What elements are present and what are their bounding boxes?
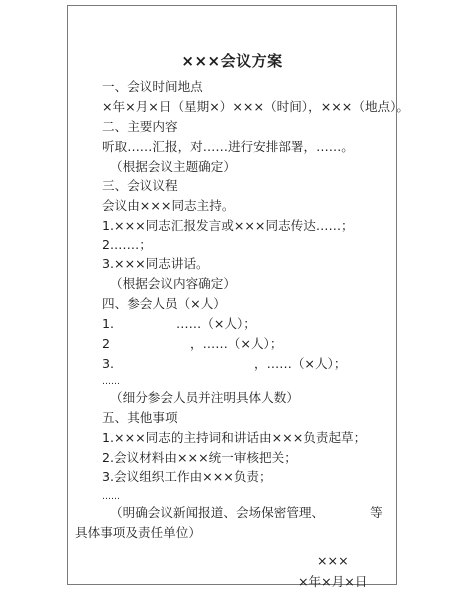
section-2-text: 听取……汇报，对……进行安排部署，……。 bbox=[102, 139, 354, 155]
note-part-1: （明确会议新闻报道、会场保密管理、 bbox=[110, 505, 324, 520]
section-4-item-1: 1.……（×人）； bbox=[102, 316, 256, 332]
section-3-item-3: 3.×××同志讲话。 bbox=[102, 256, 209, 272]
document-page: ×××会议方案 一、会议时间地点 ×年×月×日（星期×）×××（时间），×××（… bbox=[67, 5, 397, 585]
item-3-prefix: 3. bbox=[102, 356, 114, 371]
section-4-ellipsis: …… bbox=[102, 374, 120, 390]
section-5-note-wrap: 具体事项及责任单位） bbox=[75, 525, 201, 541]
section-3-note: （根据会议内容确定） bbox=[110, 276, 236, 292]
signature-name: ××× bbox=[317, 553, 349, 568]
section-3-text: 会议由×××同志主持。 bbox=[102, 198, 234, 214]
section-3-item-1: 1.×××同志汇报发言或×××同志传达……； bbox=[102, 218, 354, 234]
signature-date: ×年×月×日 bbox=[298, 571, 367, 590]
document-title: ×××会议方案 bbox=[68, 50, 396, 71]
section-1-heading: 一、会议时间地点 bbox=[102, 79, 203, 95]
section-5-heading: 五、其他事项 bbox=[102, 410, 178, 426]
section-5-note: （明确会议新闻报道、会场保密管理、等 bbox=[110, 505, 383, 521]
section-5-item-1: 1.×××同志的主持词和讲话由×××负责起草； bbox=[102, 430, 366, 446]
section-4-note: （细分参会人员并注明具体人数） bbox=[110, 390, 299, 406]
section-3-heading: 三、会议议程 bbox=[102, 178, 178, 194]
section-5-ellipsis: …… bbox=[102, 489, 120, 505]
section-1-text: ×年×月×日（星期×）×××（时间），×××（地点）。 bbox=[102, 99, 409, 115]
note-part-2: 等 bbox=[370, 505, 383, 520]
section-4-item-2: 2，……（×人）； bbox=[102, 336, 282, 352]
section-5-item-3: 3.会议组织工作由×××负责； bbox=[102, 469, 272, 485]
section-2-heading: 二、主要内容 bbox=[102, 119, 178, 135]
item-1-prefix: 1. bbox=[102, 316, 114, 331]
item-3-suffix: ，……（×人）； bbox=[254, 356, 346, 371]
section-4-item-3: 3.，……（×人）； bbox=[102, 356, 346, 372]
item-1-suffix: ……（×人）； bbox=[176, 316, 256, 331]
item-2-suffix: ，……（×人）； bbox=[190, 336, 282, 351]
item-2-prefix: 2 bbox=[102, 336, 110, 351]
section-4-heading: 四、参会人员（×人） bbox=[102, 296, 226, 312]
section-2-note: （根据会议主题确定） bbox=[110, 159, 236, 175]
section-5-item-2: 2.会议材料由×××统一审核把关； bbox=[102, 450, 297, 466]
section-3-item-2: 2.……； bbox=[102, 237, 152, 253]
